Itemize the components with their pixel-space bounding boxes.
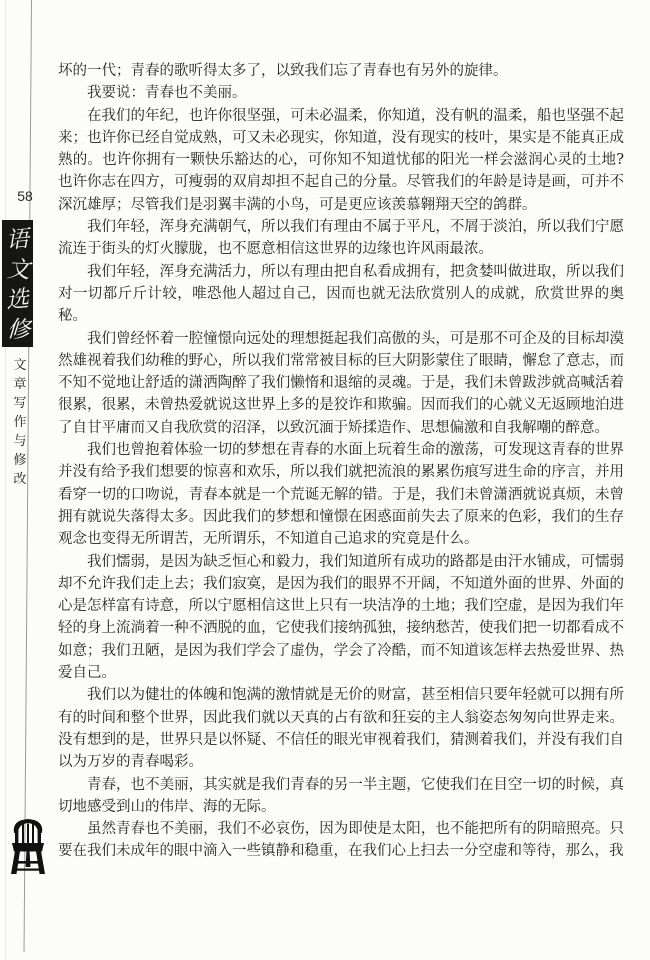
vertical-char: 与 (13, 432, 26, 451)
vertical-char: 章 (13, 375, 26, 394)
vertical-char: 改 (13, 470, 26, 489)
essay-paragraph: 在我们的年纪，也许你很坚强，可未必温柔，你知道，没有帆的温柔，船也坚强不起来；也… (58, 105, 624, 216)
essay-paragraph: 我们也曾抱着体验一切的梦想在青春的水面上玩着生命的激荡，可发现这青春的世界并没有… (58, 439, 624, 550)
essay-paragraph: 青春，也不美丽，其实就是我们青春的另一半主题，它使我们在目空一切的时候，真切地感… (58, 774, 624, 819)
vertical-char: 写 (13, 394, 26, 413)
essay-paragraph: 我们懦弱，是因为缺乏恒心和毅力，我们知道所有成功的路都是由汗水铺成，可懦弱却不允… (58, 551, 624, 685)
essay-paragraph: 虽然青春也不美丽，我们不必哀伤，因为即使是太阳，也不能把所有的阴暗照亮。只要在我… (58, 818, 624, 863)
book-page: 58 语文选修 文章写作与修改 坏的一代；青春的歌听得太多了，以致我们忘了青春也… (0, 0, 650, 960)
vertical-char: 修 (13, 451, 26, 470)
vertical-char: 文 (13, 356, 26, 375)
essay-paragraph: 我们年轻，浑身充满朝气，所以我们有理由不属于平凡，不屑于淡泊，所以我们宁愿流连于… (58, 216, 624, 261)
chair-icon (8, 815, 48, 877)
vertical-char: 文 (6, 254, 31, 285)
vertical-char: 选 (5, 284, 31, 316)
series-title-banner: 语文选修 (2, 220, 33, 347)
essay-paragraph: 我们曾经怀着一腔憧憬向远处的理想挺起我们高傲的头，可是那不可企及的目标却漠然雄视… (58, 328, 624, 439)
page-edge-line (5, 0, 6, 960)
vertical-char: 修 (6, 314, 31, 345)
chapter-title-vertical: 文章写作与修改 (9, 356, 31, 489)
page-number: 58 (12, 188, 38, 204)
vertical-char: 语 (5, 224, 31, 256)
essay-paragraph: 我们年轻，浑身充满活力，所以有理由把自私看成拥有，把贪婪叫做进取，所以我们对一切… (58, 261, 624, 328)
essay-paragraph: 我要说：青春也不美丽。 (58, 82, 624, 104)
vertical-char: 作 (13, 413, 26, 432)
essay-paragraph: 坏的一代；青春的歌听得太多了，以致我们忘了青春也有另外的旋律。 (58, 60, 624, 82)
essay-paragraph: 我们以为健壮的体魄和饱满的激情就是无价的财富，甚至相信只要年轻就可以拥有所有的时… (58, 684, 624, 773)
essay-body: 坏的一代；青春的歌听得太多了，以致我们忘了青春也有另外的旋律。我要说：青春也不美… (58, 60, 624, 863)
